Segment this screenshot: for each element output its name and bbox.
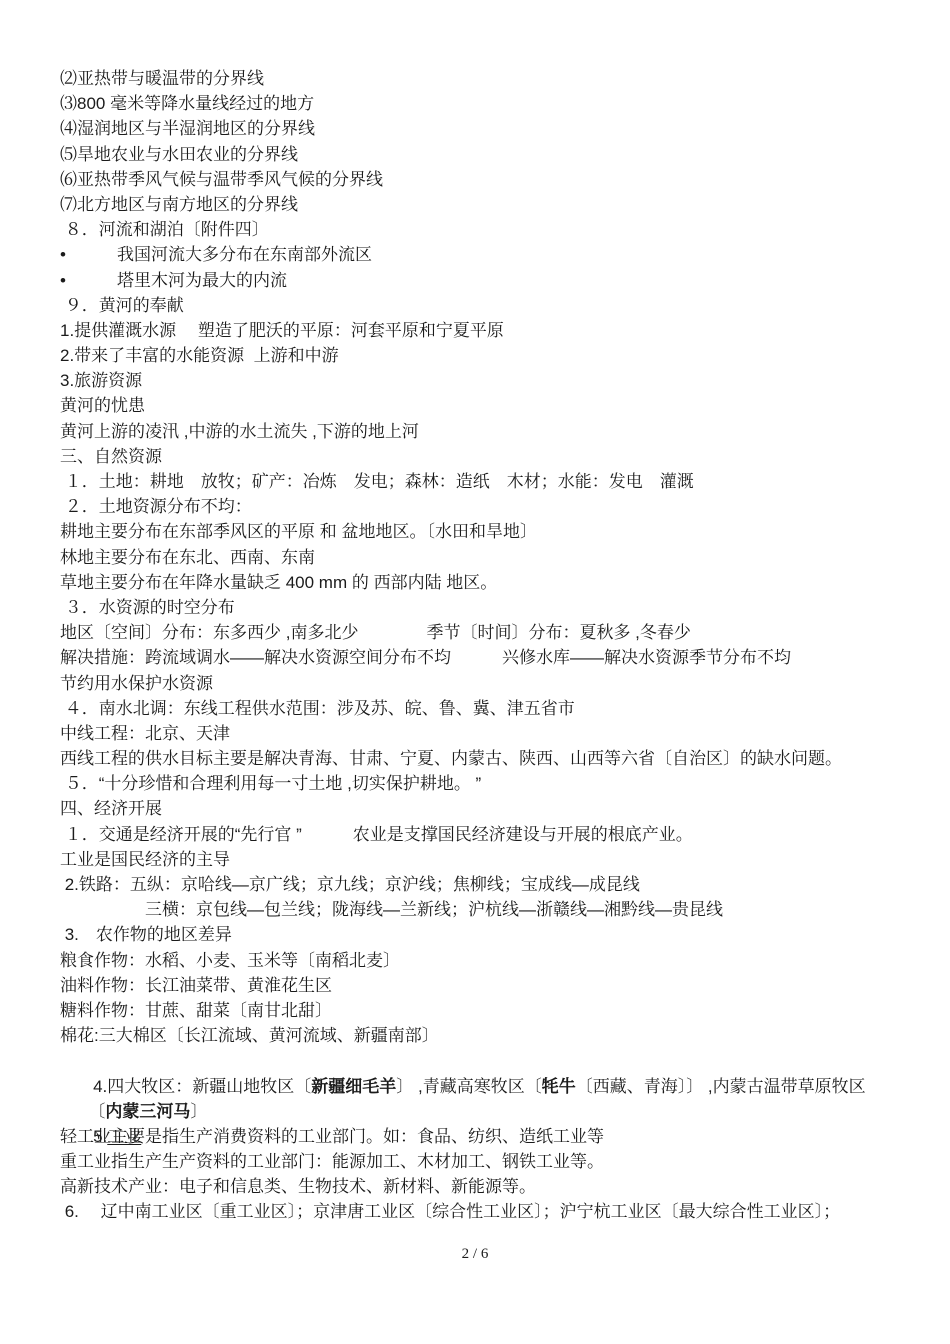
bold-run: 内蒙三河马 — [105, 1102, 190, 1121]
doc-line: ⑵亚热带与暖温带的分界线 — [60, 66, 930, 91]
text-run: 〕 — [190, 1102, 207, 1121]
doc-line: ⑹亚热带季风气候与温带季风气候的分界线 — [60, 167, 930, 192]
doc-heading: 四、经济开展 — [60, 796, 930, 821]
doc-line: ２．土地资源分布不均： — [60, 494, 930, 519]
doc-line: 油料作物：长江油菜带、黄淮花生区 — [60, 973, 930, 998]
bold-run: 新疆细毛羊 — [311, 1077, 396, 1096]
doc-line: 2.铁路：五纵：京哈线—京广线；京九线；京沪线；焦柳线；宝成线—成昆线 — [60, 872, 930, 897]
doc-line: ⑷湿润地区与半湿润地区的分界线 — [60, 116, 930, 141]
doc-line: 三横：京包线—包兰线；陇海线—兰新线；沪杭线—浙赣线—湘黔线—贵昆线 — [60, 897, 930, 922]
doc-line-bullet: • 塔里木河为最大的内流 — [60, 268, 930, 293]
doc-line: 4.四大牧区：新疆山地牧区〔新疆细毛羊〕 ,青藏高寒牧区〔牦牛〔西藏、青海〕〕 … — [60, 1048, 930, 1073]
document-page: ⑵亚热带与暖温带的分界线 ⑶800 毫米等降水量线经过的地方 ⑷湿润地区与半湿润… — [0, 0, 950, 1344]
doc-line-bullet: • 我国河流大多分布在东南部外流区 — [60, 242, 930, 267]
doc-line: ３．水资源的时空分布 — [60, 595, 930, 620]
doc-line: ５．“十分珍惜和合理利用每一寸土地 ,切实保护耕地。 ” — [60, 771, 930, 796]
text-run: 〔西藏、青海〕〕 ,内蒙古温带草原牧区 — [576, 1077, 866, 1096]
doc-line: 3. 农作物的地区差异 — [60, 922, 930, 947]
text-run: 4.四大牧区：新疆山地牧区〔 — [88, 1077, 311, 1096]
bold-run: 牦牛 — [542, 1077, 576, 1096]
doc-line: 黄河上游的凌汛 ,中游的水土流失 ,下游的地上河 — [60, 419, 930, 444]
doc-line: 解决措施：跨流域调水——解决水资源空间分布不均 兴修水库——解决水资源季节分布不… — [60, 645, 930, 670]
doc-line: 糖料作物：甘蔗、甜菜〔南甘北甜〕 — [60, 998, 930, 1023]
doc-line: ４．南水北调：东线工程供水范围：涉及苏、皖、鲁、冀、津五省市 — [60, 696, 930, 721]
doc-line: １．土地：耕地 放牧；矿产：冶炼 发电；森林：造纸 木材；水能：发电 灌溉 — [60, 469, 930, 494]
doc-line: 重工业指生产生产资料的工业部门：能源加工、木材加工、钢铁工业等。 — [60, 1149, 930, 1174]
text-run: 〕 ,青藏高寒牧区〔 — [396, 1077, 541, 1096]
document-body: ⑵亚热带与暖温带的分界线 ⑶800 毫米等降水量线经过的地方 ⑷湿润地区与半湿润… — [60, 66, 930, 1225]
doc-line: 耕地主要分布在东部季风区的平原 和 盆地地区。〔水田和旱地〕 — [60, 519, 930, 544]
doc-line: 草地主要分布在年降水量缺乏 400 mm 的 西部内陆 地区。 — [60, 570, 930, 595]
doc-line: 2.带来了丰富的水能资源 上游和中游 — [60, 343, 930, 368]
doc-line: 1.提供灌溉水源 塑造了肥沃的平原：河套平原和宁夏平原 — [60, 318, 930, 343]
doc-line: 轻工业主要是指生产消费资料的工业部门。如：食品、纺织、造纸工业等 — [60, 1124, 930, 1149]
doc-line: 工业是国民经济的主导 — [60, 847, 930, 872]
doc-line: ⑸旱地农业与水田农业的分界线 — [60, 142, 930, 167]
doc-heading: 三、自然资源 — [60, 444, 930, 469]
page-number: 2 / 6 — [0, 1246, 950, 1263]
doc-line: 3.旅游资源 — [60, 368, 930, 393]
doc-line: 地区〔空间〕分布：东多西少 ,南多北少 季节〔时间〕分布：夏秋多 ,冬春少 — [60, 620, 930, 645]
doc-line: ９．黄河的奉献 — [60, 293, 930, 318]
doc-line: ⑺北方地区与南方地区的分界线 — [60, 192, 930, 217]
doc-line: ８．河流和湖泊〔附件四〕 — [60, 217, 930, 242]
doc-line: 林地主要分布在东北、西南、东南 — [60, 545, 930, 570]
doc-line: 中线工程：北京、天津 — [60, 721, 930, 746]
doc-line: 节约用水保护水资源 — [60, 671, 930, 696]
doc-line: 6. 辽中南工业区〔重工业区〕；京津唐工业区〔综合性工业区〕；沪宁杭工业区〔最大… — [60, 1199, 930, 1224]
text-run: 〔 — [88, 1102, 105, 1121]
doc-line: 西线工程的供水目标主要是解决青海、甘肃、宁夏、内蒙古、陕西、山西等六省〔自治区〕… — [60, 746, 930, 771]
doc-line: 棉花:三大棉区〔长江流域、黄河流域、新疆南部〕 — [60, 1023, 930, 1048]
doc-line: １．交通是经济开展的“先行官 ” 农业是支撑国民经济建设与开展的根底产业。 — [60, 822, 930, 847]
doc-line: ⑶800 毫米等降水量线经过的地方 — [60, 91, 930, 116]
doc-line: 黄河的忧患 — [60, 393, 930, 418]
doc-line: 粮食作物：水稻、小麦、玉米等〔南稻北麦〕 — [60, 948, 930, 973]
doc-line: 高新技术产业：电子和信息类、生物技术、新材料、新能源等。 — [60, 1174, 930, 1199]
